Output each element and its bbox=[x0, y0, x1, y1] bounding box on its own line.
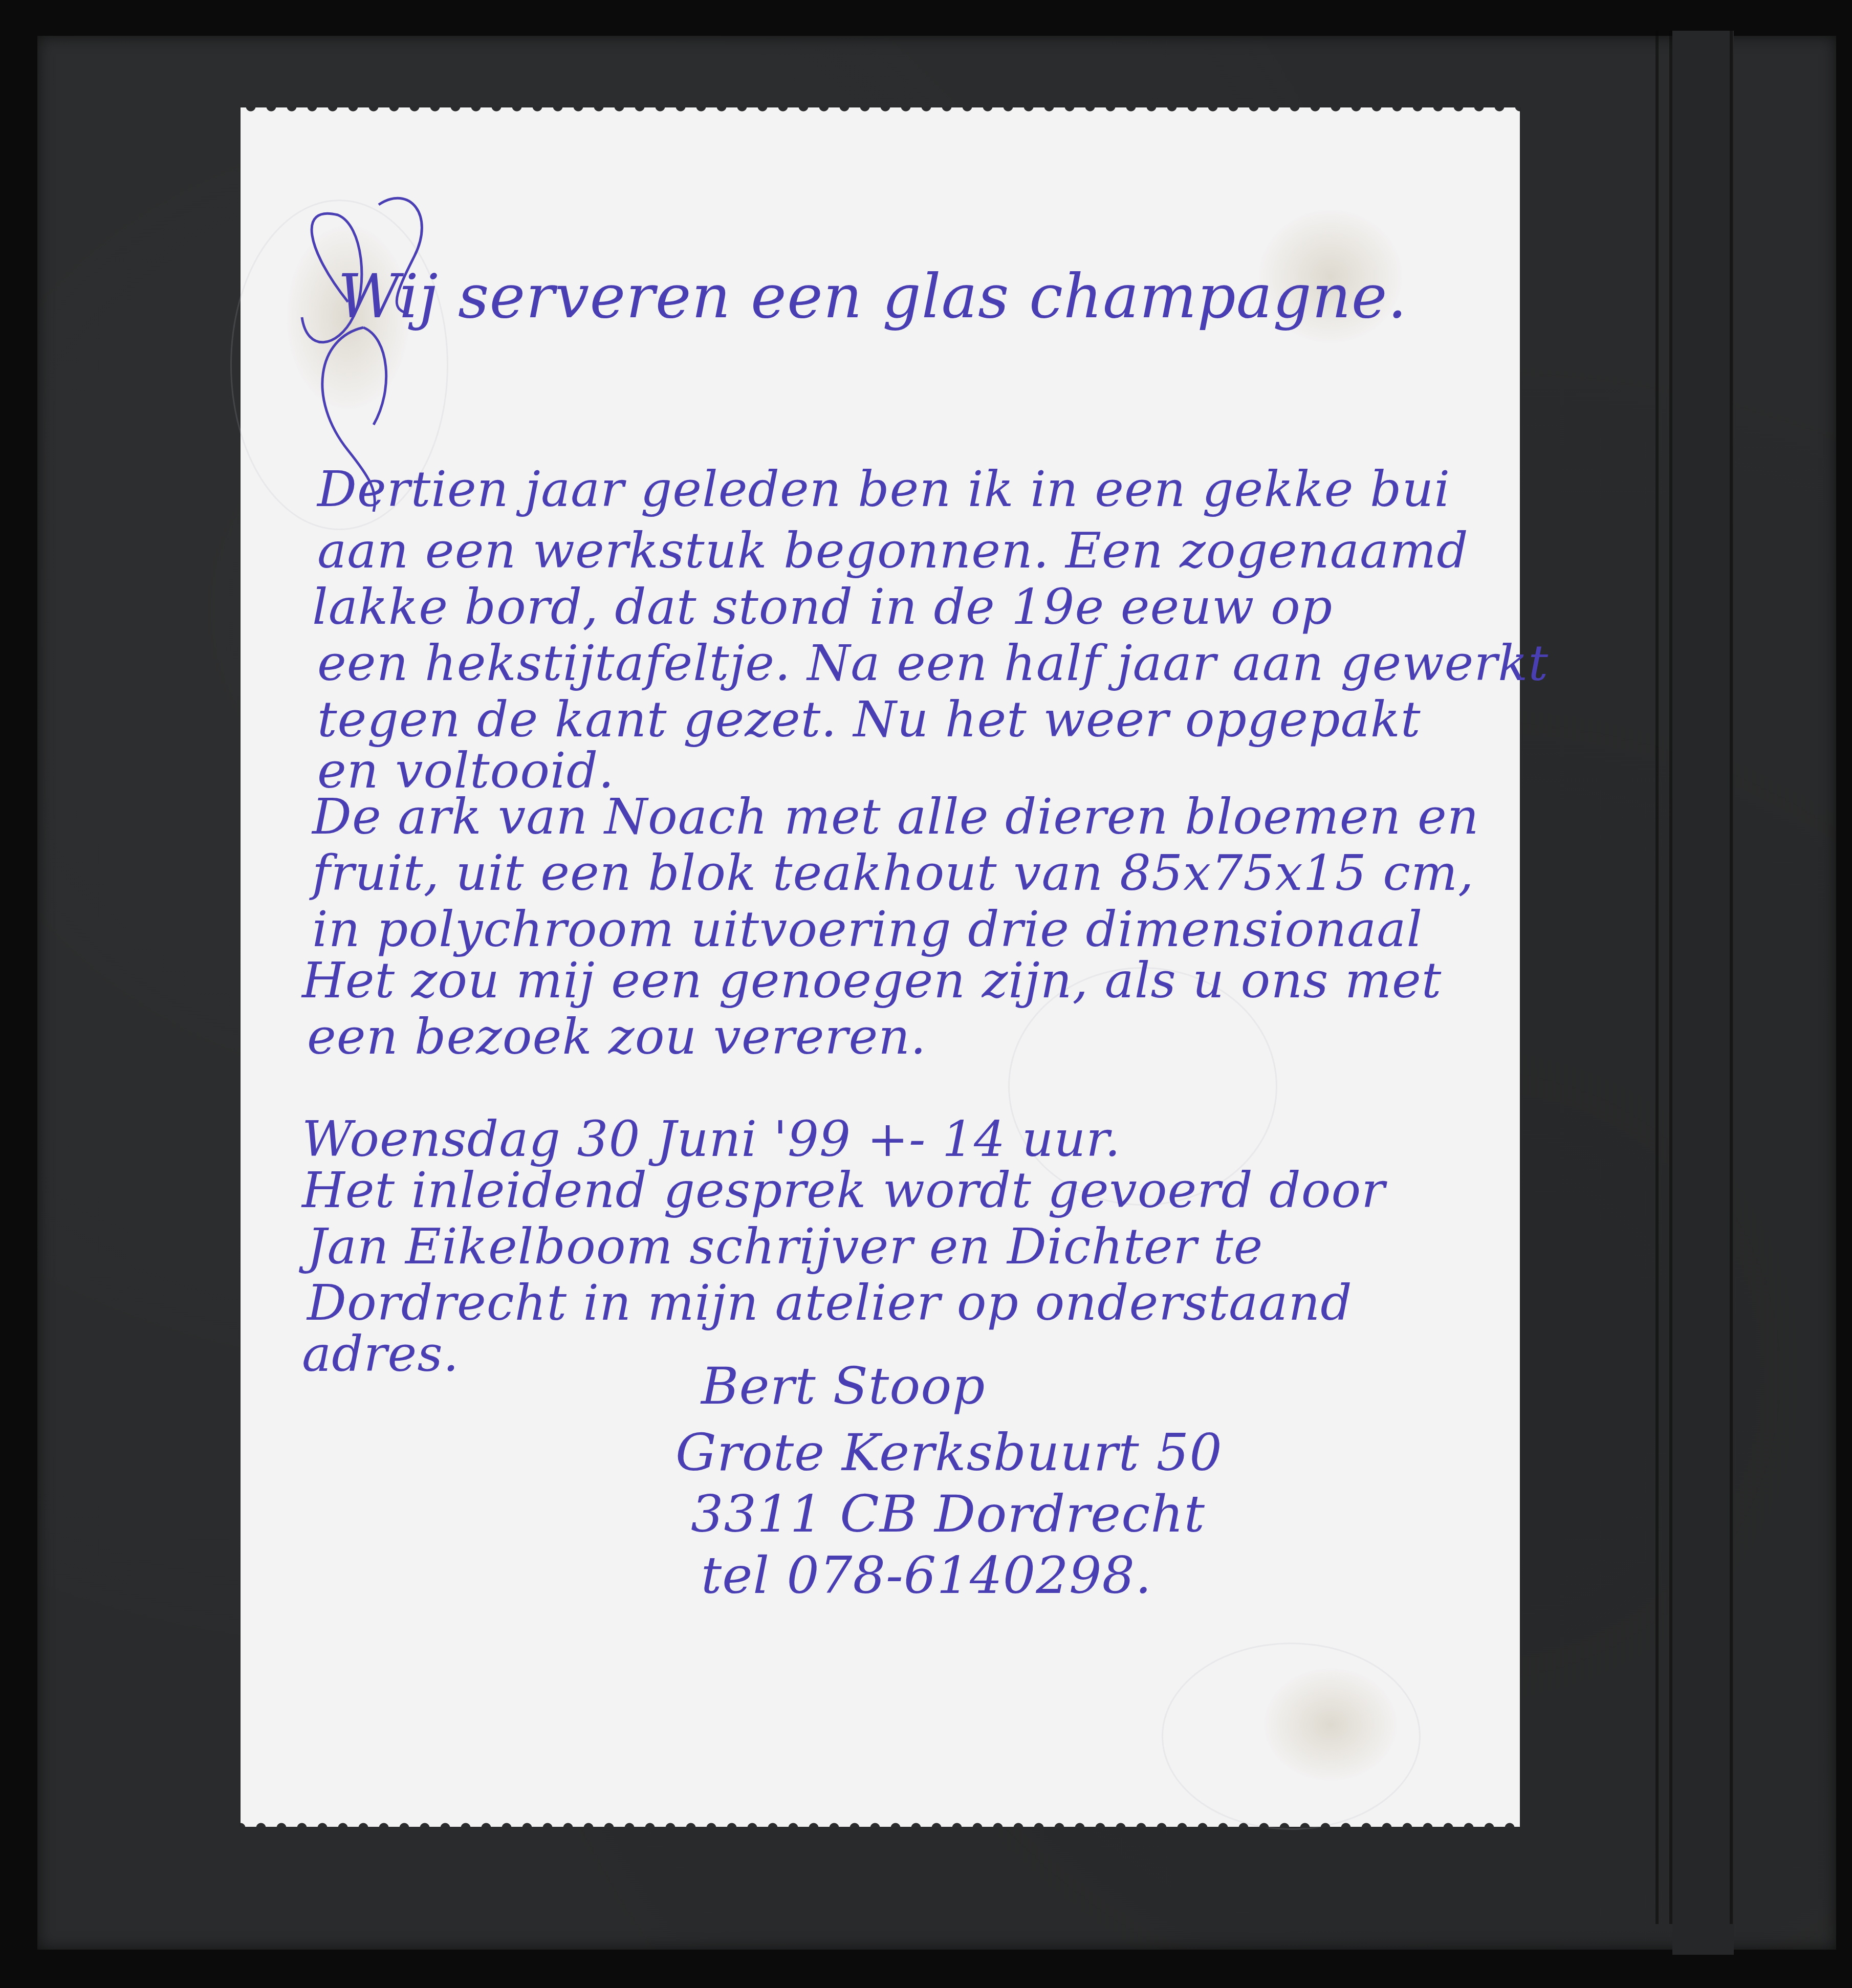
signature-postal-city: 3311 CB Dordrecht bbox=[691, 1484, 1205, 1544]
signature-phone: tel 078-6140298. bbox=[701, 1545, 1152, 1605]
letter-line: adres. bbox=[302, 1325, 459, 1383]
letter-line: een bezoek zou vereren. bbox=[307, 1008, 927, 1065]
spine-crease bbox=[1730, 31, 1733, 1924]
letter-line: De ark van Noach met alle dieren bloemen… bbox=[312, 788, 1479, 845]
letter-line: een hekstijtafeltje. Na een half jaar aa… bbox=[317, 635, 1549, 692]
faint-stamp-imprint bbox=[1162, 1643, 1421, 1830]
signature-street: Grote Kerksbuurt 50 bbox=[676, 1423, 1223, 1482]
spine-crease bbox=[1655, 31, 1659, 1924]
album-spine bbox=[1672, 31, 1734, 1955]
letter-line: in polychroom uitvoering drie dimensiona… bbox=[312, 901, 1423, 958]
letter-line: aan een werkstuk begonnen. Een zogenaamd bbox=[317, 522, 1469, 579]
letter-sheet: Wij serveren een glas champagne. Dertien… bbox=[241, 107, 1520, 1827]
letter-line: Woensdag 30 Juni '99 +- 14 uur. bbox=[302, 1110, 1121, 1168]
signature-name: Bert Stoop bbox=[701, 1356, 986, 1416]
letter-line: Dordrecht in mijn atelier op onderstaand bbox=[307, 1274, 1353, 1331]
letter-line: Jan Eikelboom schrijver en Dichter te bbox=[307, 1218, 1263, 1275]
letter-line: tegen de kant gezet. Nu het weer opgepak… bbox=[317, 691, 1421, 748]
spine-crease bbox=[1669, 31, 1672, 1924]
letter-line: Het zou mij een genoegen zijn, als u ons… bbox=[302, 952, 1442, 1009]
letter-line: Dertien jaar geleden ben ik in een gekke… bbox=[317, 461, 1450, 518]
letter-heading: Wij serveren een glas champagne. bbox=[338, 261, 1407, 332]
letter-line: fruit, uit een blok teakhout van 85x75x1… bbox=[312, 844, 1474, 902]
letter-line: Het inleidend gesprek wordt gevoerd door bbox=[302, 1162, 1385, 1219]
letter-line: lakke bord, dat stond in de 19e eeuw op bbox=[312, 578, 1333, 636]
